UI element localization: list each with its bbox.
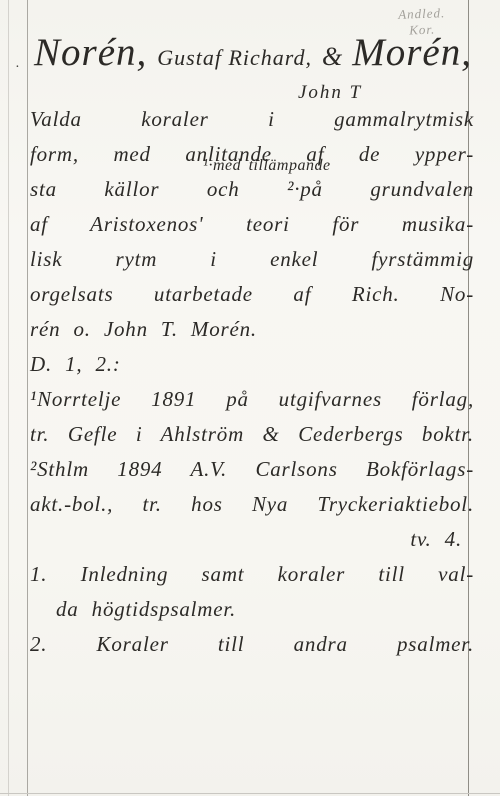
contents-item-2: 2. Koraler till andra psalmer. (30, 627, 474, 662)
heading-surname-moren: Morén, (352, 30, 472, 75)
left-inner-margin-rule (27, 0, 28, 796)
heading-authors: Norén, Gustaf Richard, & Morén, (34, 30, 472, 75)
volume-designation-line: D. 1, 2.: (30, 347, 474, 382)
heading-given-gustaf-richard: Gustaf Richard, (157, 45, 312, 71)
manuscript-line-text: sta källor och ²·på grundvalen (30, 177, 474, 201)
footnote-line-1-cont: tr. Gefle i Ahlström & Cederbergs boktr. (30, 417, 474, 452)
contents-item-1: 1. Inledning samt koraler till val- (30, 557, 474, 592)
footnote-line-2: ²Sthlm 1894 A.V. Carlsons Bokförlags- (30, 452, 474, 487)
interlinear-insertion: ¹·med tillämpande (203, 158, 330, 174)
page-bottom-edge (0, 793, 500, 794)
manuscript-line: orgelsats utarbetade af Rich. No- (30, 277, 474, 312)
manuscript-body: Valda koraler i gammalrytmisk form, med … (30, 102, 474, 662)
left-outer-margin-rule (8, 0, 9, 796)
manuscript-line: lisk rytm i enkel fyrstämmig (30, 242, 474, 277)
lead-dot: . (16, 56, 20, 72)
manuscript-line: Valda koraler i gammalrytmisk (30, 102, 474, 137)
manuscript-line-with-insert: ¹·med tillämpandesta källor och ²·på gru… (30, 172, 474, 207)
heading-surname-noren: Norén, (34, 30, 147, 75)
manuscript-page: Andled. Kor. . Norén, Gustaf Richard, & … (0, 0, 500, 796)
contents-item-1-cont: da högtidspsalmer. (30, 592, 474, 627)
manuscript-line: af Aristoxenos' teori för musika- (30, 207, 474, 242)
format-line: tv. 4. (30, 522, 474, 557)
heading-given-john-t: John T (298, 82, 362, 104)
manuscript-line: rén o. John T. Morén. (30, 312, 474, 347)
footnote-line-1: ¹Norrtelje 1891 på utgifvarnes förlag, (30, 382, 474, 417)
footnote-line-2-cont: akt.-bol., tr. hos Nya Tryckeriaktiebol. (30, 487, 474, 522)
heading-ampersand: & (322, 42, 342, 72)
